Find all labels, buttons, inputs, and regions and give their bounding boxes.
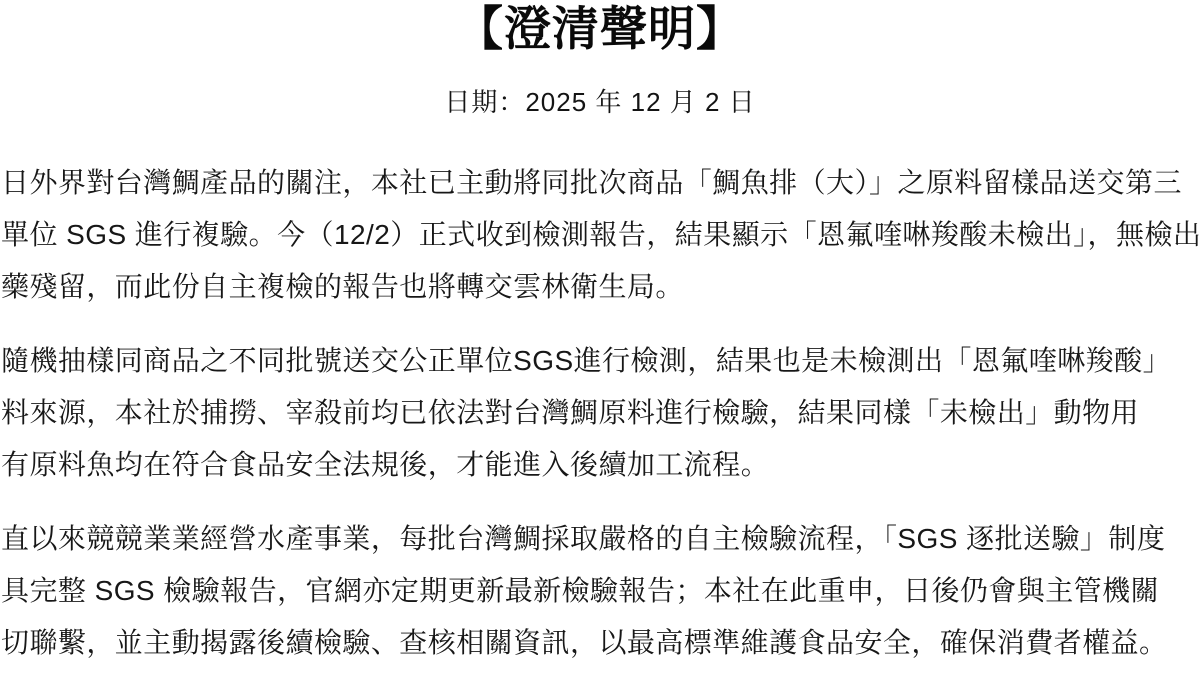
body-text-line: 切聯繫，並主動揭露後續檢驗、查核相關資訊，以最高標準維護食品安全，確保消費者權益…	[0, 617, 1200, 669]
body-text-line: 藥殘留，而此份自主複檢的報告也將轉交雲林衛生局。	[0, 261, 1200, 313]
body-text-line: 日外界對台灣鯛產品的關注，本社已主動將同批次商品「鯛魚排（大）」之原料留樣品送交…	[0, 157, 1200, 209]
paragraph: 直以來競競業業經營水產事業，每批台灣鯛採取嚴格的自主檢驗流程，「SGS 逐批送驗…	[0, 513, 1200, 669]
page-title: 【澄清聲明】	[0, 0, 1200, 58]
document-page: 【澄清聲明】 日期：2025 年 12 月 2 日 日外界對台灣鯛產品的關注，本…	[0, 0, 1200, 676]
body-text-line: 具完整 SGS 檢驗報告，官網亦定期更新最新檢驗報告；本社在此重申，日後仍會與主…	[0, 565, 1200, 617]
body-text-line: 隨機抽樣同商品之不同批號送交公正單位SGS進行檢測，結果也是未檢測出「恩氟喹啉羧…	[0, 335, 1200, 387]
body-text-line: 有原料魚均在符合食品安全法規後，才能進入後續加工流程。	[0, 439, 1200, 491]
body-text-line: 直以來競競業業經營水產事業，每批台灣鯛採取嚴格的自主檢驗流程，「SGS 逐批送驗…	[0, 513, 1200, 565]
paragraph: 隨機抽樣同商品之不同批號送交公正單位SGS進行檢測，結果也是未檢測出「恩氟喹啉羧…	[0, 335, 1200, 491]
paragraph: 日外界對台灣鯛產品的關注，本社已主動將同批次商品「鯛魚排（大）」之原料留樣品送交…	[0, 157, 1200, 313]
date-line: 日期：2025 年 12 月 2 日	[0, 86, 1200, 118]
body-text-line: 料來源，本社於捕撈、宰殺前均已依法對台灣鯛原料進行檢驗，結果同樣「未檢出」動物用	[0, 387, 1200, 439]
body-text-line: 單位 SGS 進行複驗。今（12/2）正式收到檢測報告，結果顯示「恩氟喹啉羧酸未…	[0, 209, 1200, 261]
